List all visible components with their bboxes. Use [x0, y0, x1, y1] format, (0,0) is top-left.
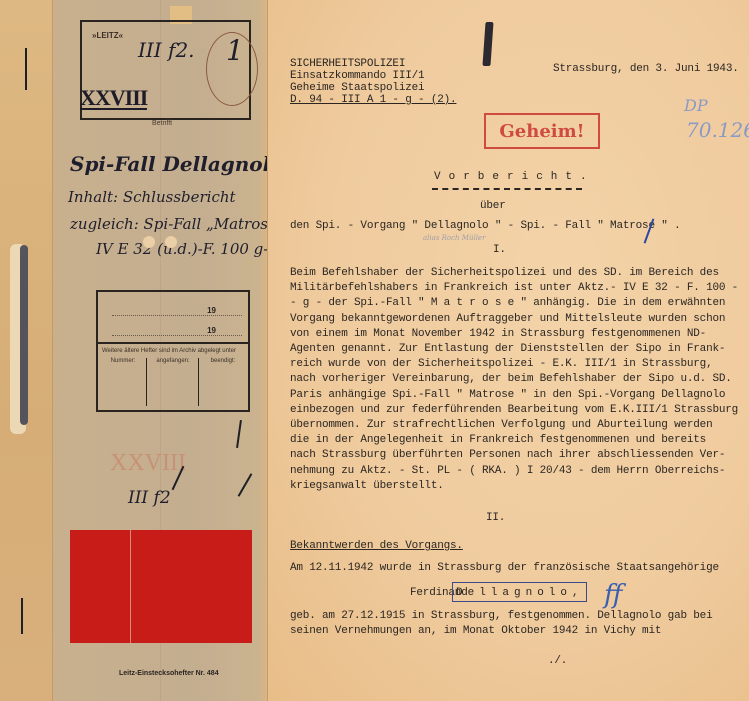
header-line: Einsatzkommando III/1 [290, 70, 424, 82]
punch-hole [143, 236, 155, 248]
form-columns: Nummer: angefangen: beendigt: [98, 358, 248, 364]
body-line: einbezogen und zur federführenden Bearbe… [290, 403, 738, 418]
form-column-label: angefangen: [148, 358, 198, 364]
date-line: Strassburg, den 3. Juni 1943. [553, 62, 739, 77]
red-label [70, 530, 252, 643]
staple-mark [25, 48, 27, 90]
form-column-label: beendigt: [198, 358, 248, 364]
punch-hole [165, 236, 177, 248]
body-line: Am 12.11.1942 wurde in Strassburg der fr… [290, 561, 719, 576]
handwritten-code-bottom: III f2 [128, 488, 171, 508]
body-line: Beim Befehlshaber der Sicherheitspolizei… [290, 266, 738, 281]
archive-number: 70.126 [686, 118, 749, 142]
brand-mark: »LEITZ« [92, 31, 123, 40]
faint-roman-label: XXVIII [110, 450, 186, 477]
pencil-tick [21, 598, 23, 634]
handwritten-number: 1 [226, 34, 244, 67]
form-divider [98, 342, 248, 344]
binder-rod [20, 245, 28, 425]
roman-label: XXVIII [80, 88, 147, 110]
section-number: II. [486, 511, 505, 526]
body-line: seinen Vernehmungen an, im Monat Oktober… [290, 624, 712, 639]
form-note: Weitere ältere Hefter sind im Archiv abg… [102, 348, 236, 354]
subject-line: den Spi. - Vorgang " Dellagnolo " - Spi.… [290, 219, 680, 234]
section-heading: Bekanntwerden des Vorgangs. [290, 539, 463, 554]
folder-also: zugleich: Spi-Fall „Matrose" [70, 215, 284, 233]
typed-document-page: SICHERHEITSPOLIZEI Einsatzkommando III/1… [267, 0, 749, 701]
surname: Dellagnolo, [456, 586, 584, 601]
reference-number: D. 94 - III A 1 - g - (2). [290, 93, 456, 108]
body-line: Agenten genannt. Zur Entlastung der Dien… [290, 342, 738, 357]
body-line: von einem im Monat November 1942 in Stra… [290, 327, 738, 342]
form-column-line [198, 358, 199, 406]
body-line: geb. am 27.12.1915 in Strassburg, festge… [290, 609, 712, 624]
continuation-mark: ./. [548, 654, 567, 669]
label-crease [130, 530, 131, 643]
form-column-label: Nummer: [98, 358, 148, 364]
folder-title: Spi-Fall Dellagnolo [70, 152, 284, 176]
folder-contents: Inhalt: Schlussbericht [68, 188, 236, 206]
title-underline [432, 188, 582, 190]
form-year-row: 19 [112, 326, 242, 336]
issuing-authority: SICHERHEITSPOLIZEI Einsatzkommando III/1… [290, 58, 424, 94]
body-line: Paris anhängige Spi.-Fall " Matrose " in… [290, 388, 738, 403]
archive-mark: DP [684, 96, 708, 115]
document-title: Vorbericht. [434, 170, 595, 185]
archive-form: 19 19 Weitere ältere Hefter sind im Arch… [96, 290, 250, 412]
ueber-line: über [480, 199, 506, 214]
pencil-tick [236, 420, 242, 448]
marker-stroke [482, 22, 493, 66]
section-number: I. [493, 243, 506, 258]
body-paragraph: Beim Befehlshaber der Sicherheitspolizei… [290, 266, 738, 494]
header-line: SICHERHEITSPOLIZEI [290, 58, 424, 70]
body-line: übernommen. Zur strafrechtlichen Verfolg… [290, 418, 738, 433]
body-line: reich wurde von der Sicherheitspolizei -… [290, 357, 738, 372]
secret-stamp: Geheim! [484, 113, 600, 149]
ink-initials: ff [604, 580, 622, 610]
body-line: nach Strassburg überführten Personen nac… [290, 448, 738, 463]
pencil-tick [238, 473, 253, 497]
folder-footer: Leitz-Einstecksohefter Nr. 484 [119, 670, 219, 677]
body-line: kriegsanwalt überstellt. [290, 479, 738, 494]
body-paragraph: geb. am 27.12.1915 in Strassburg, festge… [290, 609, 712, 639]
handwritten-code: III f2. [138, 38, 195, 62]
form-column-line [146, 358, 147, 406]
label-caption: Betrifft [152, 120, 172, 127]
body-line: nach vorheriger Vereinbarung, der beim B… [290, 372, 738, 387]
body-line: die in der Angelegenheit in Frankreich f… [290, 433, 738, 448]
folder-file-ref: IV E 32 (u.d.)-F. 100 g- [96, 240, 268, 258]
body-line: Militärbefehlshabers in Frankreich ist u… [290, 281, 738, 296]
file-folder-cover: »LEITZ« III f2. 1 XXVIII Betrifft Spi-Fa… [0, 0, 267, 701]
body-line: - g - der Spi.-Fall " M a t r o s e " an… [290, 296, 738, 311]
body-line: nehmung zu Aktz. - St. PL - ( RKA. ) I 2… [290, 464, 738, 479]
form-year-row: 19 [112, 306, 242, 316]
body-line: Vorgang bekanntgewordenen Auftraggeber u… [290, 312, 738, 327]
pencil-note: alias Roch Müller [423, 234, 485, 242]
